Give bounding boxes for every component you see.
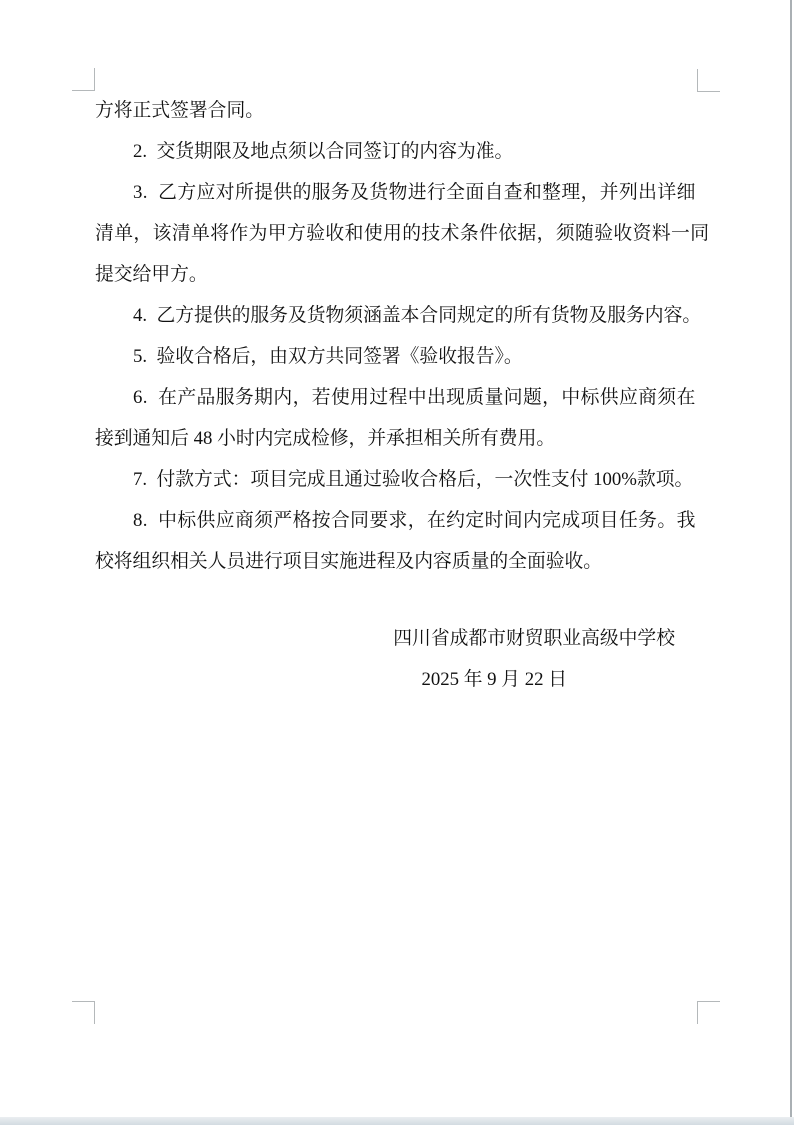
text-line: 4. 乙方提供的服务及货物须涵盖本合同规定的所有货物及服务内容。 <box>95 295 711 336</box>
text-line: 校将组织相关人员进行项目实施进程及内容质量的全面验收。 <box>95 541 711 582</box>
document-page: 方将正式签署合同。 2. 交货期限及地点须以合同签订的内容为准。 3. 乙方应对… <box>0 0 794 1125</box>
window-bottom-strip <box>0 1117 794 1125</box>
text-line: 6. 在产品服务期内，若使用过程中出现质量问题，中标供应商须在 <box>95 377 711 418</box>
blank-line <box>95 582 711 618</box>
signature-organization: 四川省成都市财贸职业高级中学校 <box>95 618 711 659</box>
page-right-edge <box>790 0 792 1117</box>
text-line: 2. 交货期限及地点须以合同签订的内容为准。 <box>95 131 711 172</box>
text-line: 方将正式签署合同。 <box>95 90 711 131</box>
margin-crop-mark-top-left <box>72 68 95 91</box>
signature-date: 2025 年 9 月 22 日 <box>95 659 711 700</box>
text-line: 8. 中标供应商须严格按合同要求，在约定时间内完成项目任务。我 <box>95 500 711 541</box>
margin-crop-mark-bottom-left <box>72 1001 95 1024</box>
text-line: 清单，该清单将作为甲方验收和使用的技术条件依据，须随验收资料一同 <box>95 213 711 254</box>
text-line: 7. 付款方式：项目完成且通过验收合格后，一次性支付 100%款项。 <box>95 459 711 500</box>
document-text-area[interactable]: 方将正式签署合同。 2. 交货期限及地点须以合同签订的内容为准。 3. 乙方应对… <box>95 90 711 700</box>
text-line: 3. 乙方应对所提供的服务及货物进行全面自查和整理，并列出详细 <box>95 172 711 213</box>
text-line: 提交给甲方。 <box>95 254 711 295</box>
margin-crop-mark-bottom-right <box>697 1001 720 1024</box>
margin-crop-mark-top-right <box>697 69 720 92</box>
text-line: 5. 验收合格后，由双方共同签署《验收报告》。 <box>95 336 711 377</box>
text-line: 接到通知后 48 小时内完成检修，并承担相关所有费用。 <box>95 418 711 459</box>
